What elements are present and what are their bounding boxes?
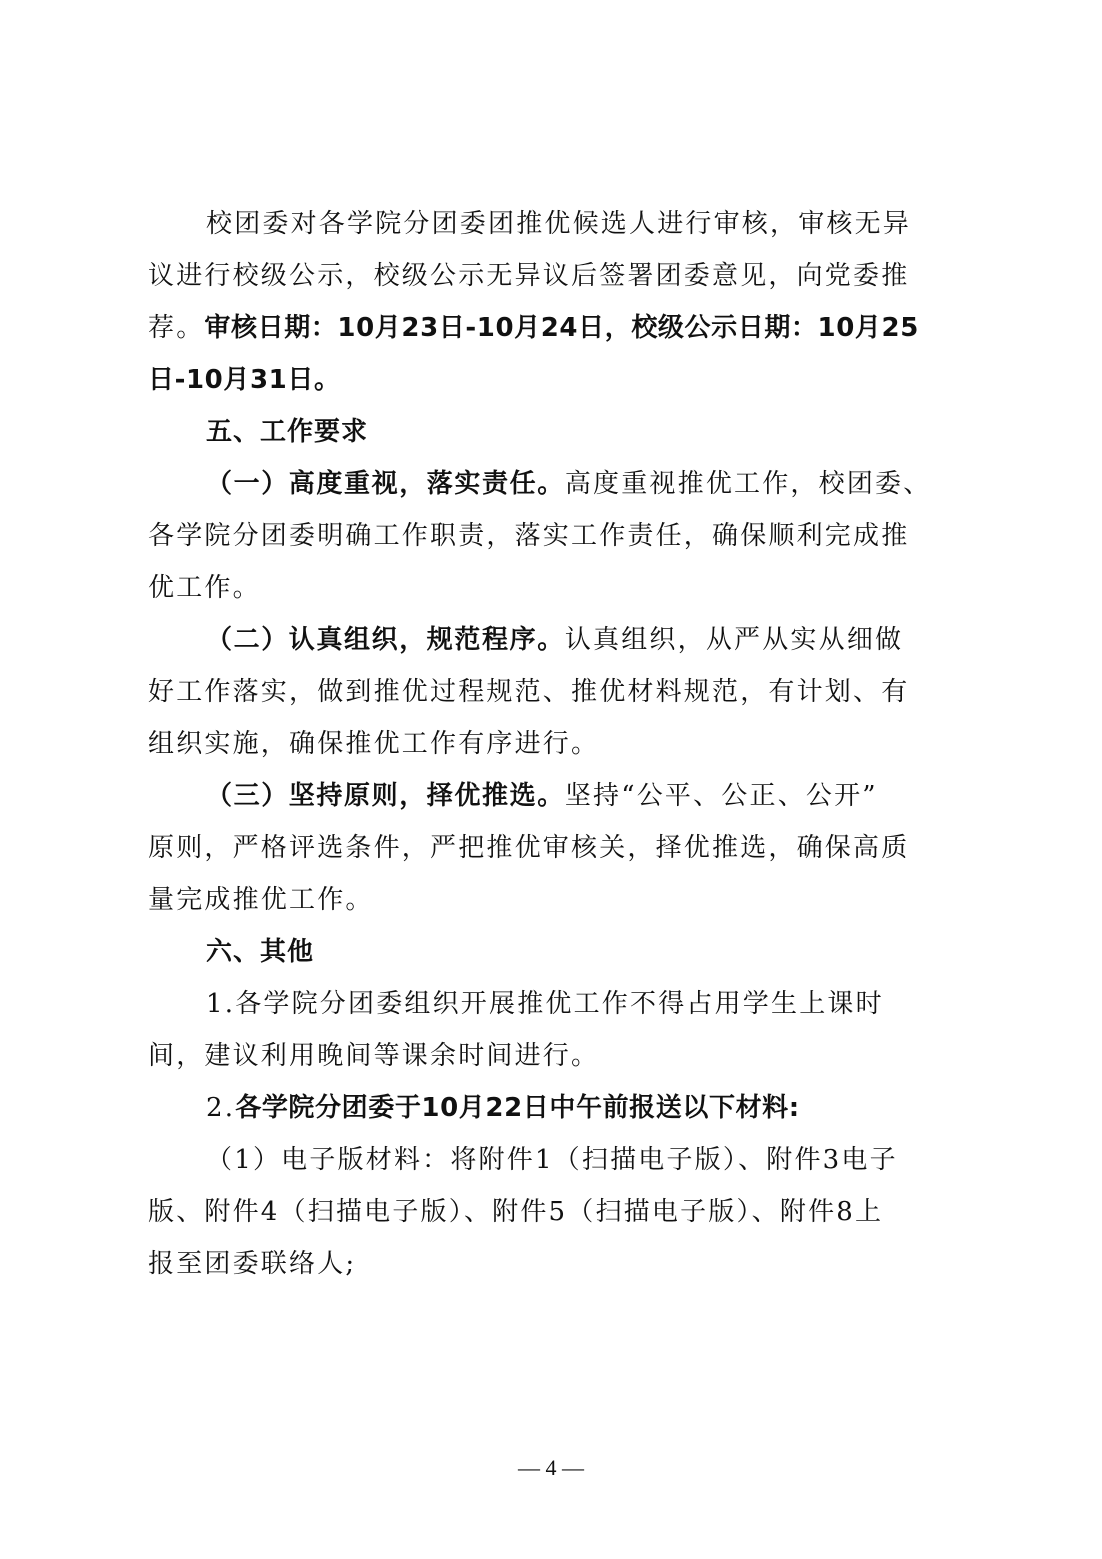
text-segment: 校团委对各学院分团委团推优候选人进行审核，审核无异 xyxy=(206,209,911,239)
other-item-1: 1.各学院分团委组织开展推优工作不得占用学生上课时 间，建议利用晚间等课余时间进… xyxy=(148,978,968,1082)
text-line: 量完成推优工作。 xyxy=(148,874,968,926)
text-line: 1.各学院分团委组织开展推优工作不得占用学生上课时 xyxy=(148,978,968,1030)
submission-deadline-bold: 各学院分团委于10月22日中午前报送以下材料: xyxy=(235,1093,800,1123)
text-line: 报至团委联络人; xyxy=(148,1238,968,1290)
text-line: 版、附件4（扫描电子版）、附件5（扫描电子版）、附件8上 xyxy=(148,1186,968,1238)
text-line: 优工作。 xyxy=(148,562,968,614)
requirement-title: （二）认真组织，规范程序。 xyxy=(206,625,565,655)
text-line: 好工作落实，做到推优过程规范、推优材料规范，有计划、有 xyxy=(148,666,968,718)
publicity-dates-bold: 日-10月31日。 xyxy=(148,365,341,395)
text-segment: 荐。 xyxy=(148,313,204,343)
other-item-2: 2.各学院分团委于10月22日中午前报送以下材料: xyxy=(148,1082,968,1134)
document-page: 校团委对各学院分团委团推优候选人进行审核，审核无异 议进行校级公示，校级公示无异… xyxy=(148,198,968,1290)
requirement-item-1: （一）高度重视，落实责任。高度重视推优工作，校团委、 各学院分团委明确工作职责，… xyxy=(148,458,968,614)
text-segment: 坚持“公平、公正、公开” xyxy=(565,781,878,811)
text-segment: 认真组织，从严从实从细做 xyxy=(565,625,903,655)
text-line: 组织实施，确保推优工作有序进行。 xyxy=(148,718,968,770)
text-line: 议进行校级公示，校级公示无异议后签署团委意见，向党委推 xyxy=(148,250,968,302)
requirement-title: （一）高度重视，落实责任。 xyxy=(206,469,565,499)
requirement-item-3: （三）坚持原则，择优推选。坚持“公平、公正、公开” 原则，严格评选条件，严把推优… xyxy=(148,770,968,926)
text-line: （一）高度重视，落实责任。高度重视推优工作，校团委、 xyxy=(148,458,968,510)
requirement-item-2: （二）认真组织，规范程序。认真组织，从严从实从细做 好工作落实，做到推优过程规范… xyxy=(148,614,968,770)
item-number: 2. xyxy=(206,1093,235,1123)
page-number: — 4 — xyxy=(0,1455,1102,1481)
text-line: 日-10月31日。 xyxy=(148,354,968,406)
text-line: 校团委对各学院分团委团推优候选人进行审核，审核无异 xyxy=(148,198,968,250)
text-line: （1）电子版材料：将附件1（扫描电子版）、附件3电子 xyxy=(148,1134,968,1186)
requirement-title: （三）坚持原则，择优推选。 xyxy=(206,781,565,811)
text-segment: 议进行校级公示，校级公示无异议后签署团委意见，向党委推 xyxy=(148,261,909,291)
text-line: 间，建议利用晚间等课余时间进行。 xyxy=(148,1030,968,1082)
review-paragraph: 校团委对各学院分团委团推优候选人进行审核，审核无异 议进行校级公示，校级公示无异… xyxy=(148,198,968,406)
text-line: 2.各学院分团委于10月22日中午前报送以下材料: xyxy=(148,1082,968,1134)
text-segment: 高度重视推优工作，校团委、 xyxy=(565,469,932,499)
review-dates-bold: 审核日期：10月23日-10月24日，校级公示日期：10月25 xyxy=(204,313,918,343)
text-line: （二）认真组织，规范程序。认真组织，从严从实从细做 xyxy=(148,614,968,666)
section-heading-work-requirements: 五、工作要求 xyxy=(148,406,968,458)
text-line: 原则，严格评选条件，严把推优审核关，择优推选，确保高质 xyxy=(148,822,968,874)
section-heading-other: 六、其他 xyxy=(148,926,968,978)
text-line: 各学院分团委明确工作职责，落实工作责任，确保顺利完成推 xyxy=(148,510,968,562)
text-line: 荐。审核日期：10月23日-10月24日，校级公示日期：10月25 xyxy=(148,302,968,354)
other-item-2-sub-1: （1）电子版材料：将附件1（扫描电子版）、附件3电子 版、附件4（扫描电子版）、… xyxy=(148,1134,968,1290)
text-line: （三）坚持原则，择优推选。坚持“公平、公正、公开” xyxy=(148,770,968,822)
